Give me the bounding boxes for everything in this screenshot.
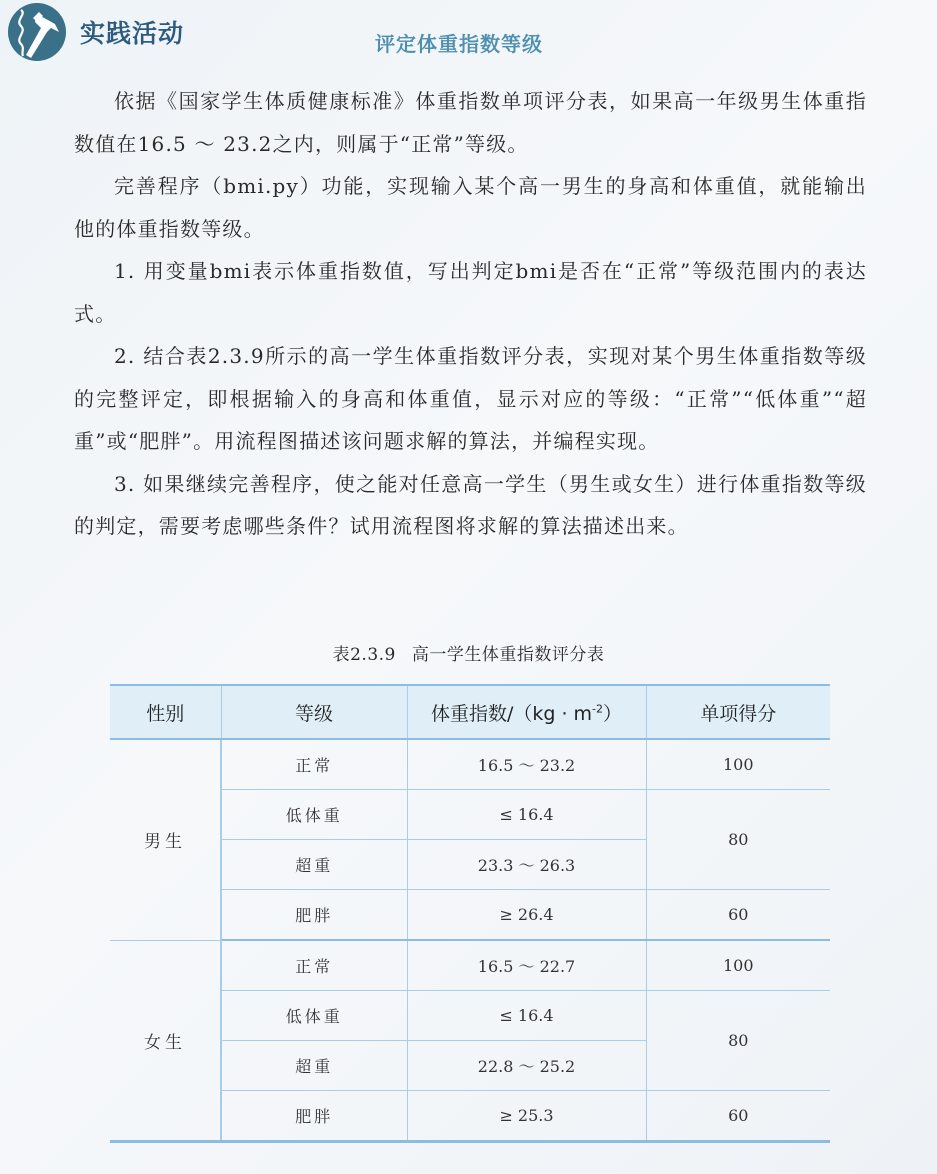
question-2: 2. 结合表2.3.9所示的高一学生体重指数评分表，实现对某个男生体重指数等级的… <box>74 335 867 463</box>
range-cell: ≥ 26.4 <box>407 890 646 941</box>
page-header: 实践活动 评定体重指数等级 <box>0 0 937 70</box>
grade-cell: 正常 <box>221 739 407 790</box>
range-cell: 16.5 ～ 22.7 <box>407 940 646 991</box>
grade-cell: 正常 <box>221 940 407 991</box>
score-cell: 80 <box>646 991 830 1091</box>
range-cell: 22.8 ～ 25.2 <box>407 1041 646 1091</box>
score-cell: 100 <box>646 940 830 991</box>
header-bmi-exponent: -2 <box>592 702 603 715</box>
table-row: 男生 正常 16.5 ～ 23.2 100 <box>110 739 830 790</box>
score-cell: 80 <box>646 790 830 890</box>
score-cell: 60 <box>646 1091 830 1142</box>
range-cell: 16.5 ～ 23.2 <box>407 739 646 790</box>
bmi-score-table: 性别 等级 体重指数/（kg · m-2） 单项得分 男生 正常 16.5 ～ … <box>110 684 830 1143</box>
table-caption: 表2.3.9高一学生体重指数评分表 <box>0 640 937 665</box>
table-number: 表2.3.9 <box>333 645 396 665</box>
section-label: 实践活动 <box>80 14 184 50</box>
range-cell: ≥ 25.3 <box>407 1091 646 1142</box>
task-paragraph: 完善程序（bmi.py）功能，实现输入某个高一男生的身高和体重值，就能输出他的体… <box>74 165 867 250</box>
body-text: 依据《国家学生体质健康标准》体重指数单项评分表，如果高一年级男生体重指数值在16… <box>74 80 867 548</box>
header-bmi-suffix: ） <box>603 703 622 725</box>
gender-cell-female: 女生 <box>110 940 221 1142</box>
grade-cell: 低体重 <box>221 991 407 1041</box>
table-row: 女生 正常 16.5 ～ 22.7 100 <box>110 940 830 991</box>
grade-cell: 超重 <box>221 1041 407 1091</box>
header-bmi-prefix: 体重指数/（kg · m <box>431 703 592 725</box>
header-gender: 性别 <box>110 685 221 739</box>
grade-cell: 肥胖 <box>221 890 407 941</box>
question-1: 1. 用变量bmi表示体重指数值，写出判定bmi是否在“正常”等级范围内的表达式… <box>74 250 867 335</box>
header-bmi: 体重指数/（kg · m-2） <box>407 685 646 739</box>
table-title: 高一学生体重指数评分表 <box>412 645 605 665</box>
gender-cell-male: 男生 <box>110 739 221 940</box>
score-cell: 60 <box>646 890 830 941</box>
range-cell: ≤ 16.4 <box>407 790 646 840</box>
table-header-row: 性别 等级 体重指数/（kg · m-2） 单项得分 <box>110 685 830 739</box>
header-score: 单项得分 <box>646 685 830 739</box>
range-cell: 23.3 ～ 26.3 <box>407 840 646 890</box>
question-3: 3. 如果继续完善程序，使之能对任意高一学生（男生或女生）进行体重指数等级的判定… <box>74 463 867 548</box>
grade-cell: 肥胖 <box>221 1091 407 1142</box>
range-cell: ≤ 16.4 <box>407 991 646 1041</box>
intro-paragraph: 依据《国家学生体质健康标准》体重指数单项评分表，如果高一年级男生体重指数值在16… <box>74 80 867 165</box>
header-grade: 等级 <box>221 685 407 739</box>
activity-title: 评定体重指数等级 <box>375 28 543 57</box>
grade-cell: 超重 <box>221 840 407 890</box>
hammer-icon <box>7 2 67 62</box>
grade-cell: 低体重 <box>221 790 407 840</box>
score-cell: 100 <box>646 739 830 790</box>
